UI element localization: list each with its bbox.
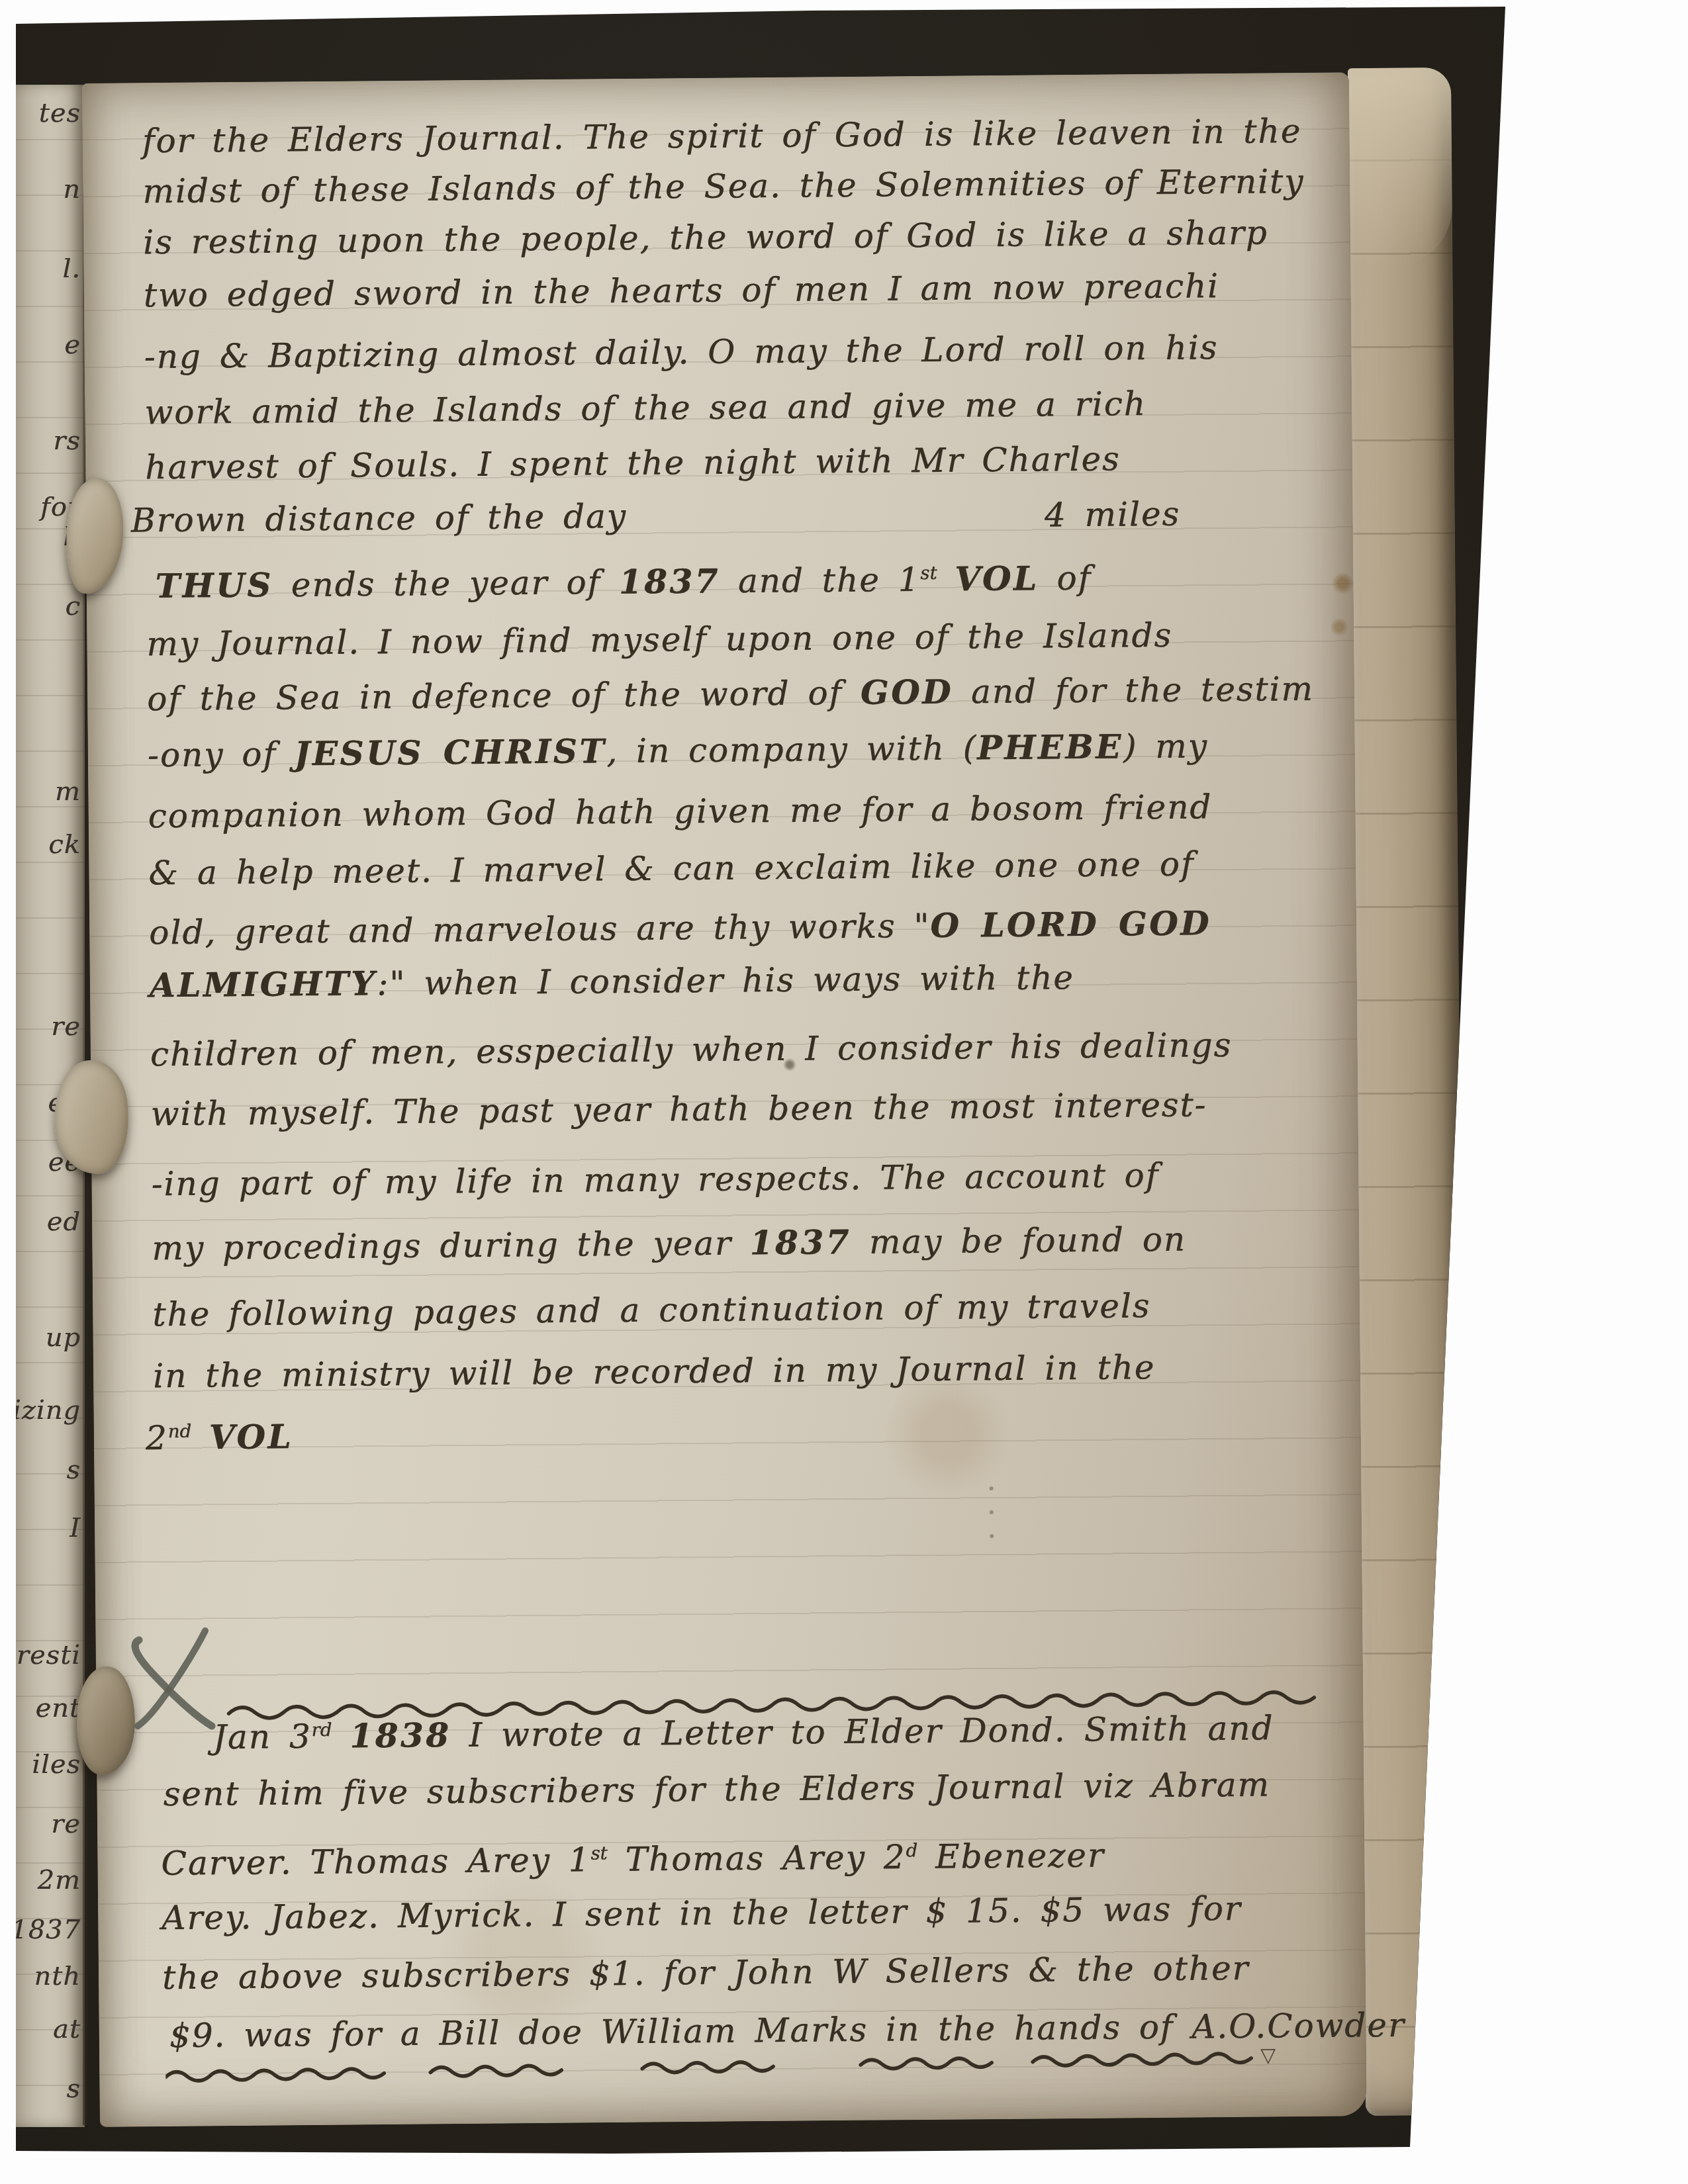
- page-fragment: at: [53, 2014, 81, 2044]
- manuscript-line: Arey. Jabez. Myrick. I sent in the lette…: [162, 1889, 1242, 1937]
- page-fragment: izing: [13, 1395, 81, 1426]
- main-entry-text: for the Elders Journal. The spirit of Go…: [82, 72, 1349, 83]
- manuscript-line: Carver. Thomas Arey 1st Thomas Arey 2d E…: [161, 1830, 1105, 1883]
- manuscript-line: two edged sword in the hearts of men I a…: [144, 267, 1220, 314]
- manuscript-line: old, great and marvelous are thy works "…: [149, 904, 1211, 952]
- page-fragment: 2m: [38, 1865, 81, 1895]
- page-block-edge: [1348, 68, 1469, 2116]
- manuscript-line: -ng & Baptizing almost daily. O may the …: [144, 328, 1218, 376]
- manuscript-line: my Journal. I now find myself upon one o…: [146, 616, 1172, 664]
- page-fragment: nth: [34, 1961, 81, 1991]
- journal-sheet: for the Elders Journal. The spirit of Go…: [82, 71, 1470, 2127]
- page-fragment: ed: [47, 1206, 81, 1237]
- manuscript-line: ALMIGHTY:" when I consider his ways with…: [150, 958, 1074, 1005]
- page-fragment: iles: [32, 1749, 81, 1780]
- x-mark-pencil-icon: [120, 1625, 240, 1738]
- page-fragment: 1837: [11, 1915, 81, 1945]
- manuscript-line: is resting upon the people, the word of …: [143, 213, 1268, 261]
- page-fragment: rs: [53, 426, 81, 456]
- page-fragment: m: [55, 776, 81, 807]
- manuscript-line: harvest of Souls. I spent the night with…: [145, 439, 1121, 486]
- journal-page: for the Elders Journal. The spirit of Go…: [82, 72, 1367, 2127]
- page-fragment: n: [63, 174, 81, 205]
- manuscript-line: with myself. The past year hath been the…: [150, 1085, 1207, 1133]
- page-fragment: e: [64, 330, 81, 360]
- page-fragment: tes: [39, 98, 81, 128]
- page-fragment: l.: [62, 253, 81, 284]
- manuscript-line: in the ministry will be recorded in my J…: [153, 1348, 1156, 1395]
- manuscript-line: Brown distance of the day: [131, 497, 628, 540]
- scanned-journal-document: tesnl.ersforhcmckreeaeeedupizingsIrestie…: [0, 0, 1688, 2184]
- manuscript-line: Jan 3rd 1838 I wrote a Letter to Elder D…: [212, 1702, 1274, 1756]
- page-fragment: ck: [48, 829, 81, 860]
- postscript-entry-text: Jan 3rd 1838 I wrote a Letter to Elder D…: [82, 72, 1349, 83]
- manuscript-line: midst of these Islands of the Sea. the S…: [142, 162, 1304, 210]
- page-fragment: ent: [35, 1693, 81, 1723]
- page-fragment: re: [51, 1011, 81, 1042]
- page-fragment: resti: [17, 1640, 81, 1670]
- manuscript-line: for the Elders Journal. The spirit of Go…: [142, 112, 1302, 160]
- arrow-mark: ▽: [1260, 2044, 1276, 2067]
- manuscript-line: THUS ends the year of 1837 and the 1st V…: [155, 553, 1092, 606]
- page-fragment: s: [66, 2073, 81, 2104]
- manuscript-line: sent him five subscribers for the Elders…: [163, 1765, 1270, 1813]
- page-fragment: c: [66, 591, 81, 621]
- manuscript-line: & a help meet. I marvel & can exclaim li…: [148, 844, 1194, 892]
- page-fragment: re: [51, 1809, 81, 1839]
- manuscript-line: -ing part of my life in many respects. T…: [151, 1156, 1159, 1203]
- page-fragment: up: [46, 1322, 81, 1353]
- scan-photo-background: tesnl.ersforhcmckreeaeeedupizingsIrestie…: [16, 7, 1505, 2161]
- manuscript-line: the above subscribers $1. for John W Sel…: [162, 1949, 1250, 1997]
- ink-dots: [990, 1486, 994, 1558]
- manuscript-line: of the Sea in defence of the word of GOD…: [147, 670, 1314, 718]
- page-fragment: s: [66, 1455, 81, 1485]
- manuscript-line: children of men, esspecially when I cons…: [150, 1026, 1233, 1073]
- manuscript-line: companion whom God hath given me for a b…: [148, 788, 1212, 835]
- mileage-note: 4 miles: [1044, 495, 1180, 535]
- manuscript-line: the following pages and a continuation o…: [152, 1287, 1151, 1334]
- manuscript-line: my procedings during the year 1837 may b…: [152, 1220, 1186, 1268]
- manuscript-line: 2nd VOL: [146, 1411, 294, 1457]
- page-fragment: I: [70, 1513, 81, 1543]
- manuscript-line: -ony of JESUS CHRIST, in company with (P…: [148, 727, 1209, 774]
- manuscript-line: work amid the Islands of the sea and giv…: [144, 385, 1147, 432]
